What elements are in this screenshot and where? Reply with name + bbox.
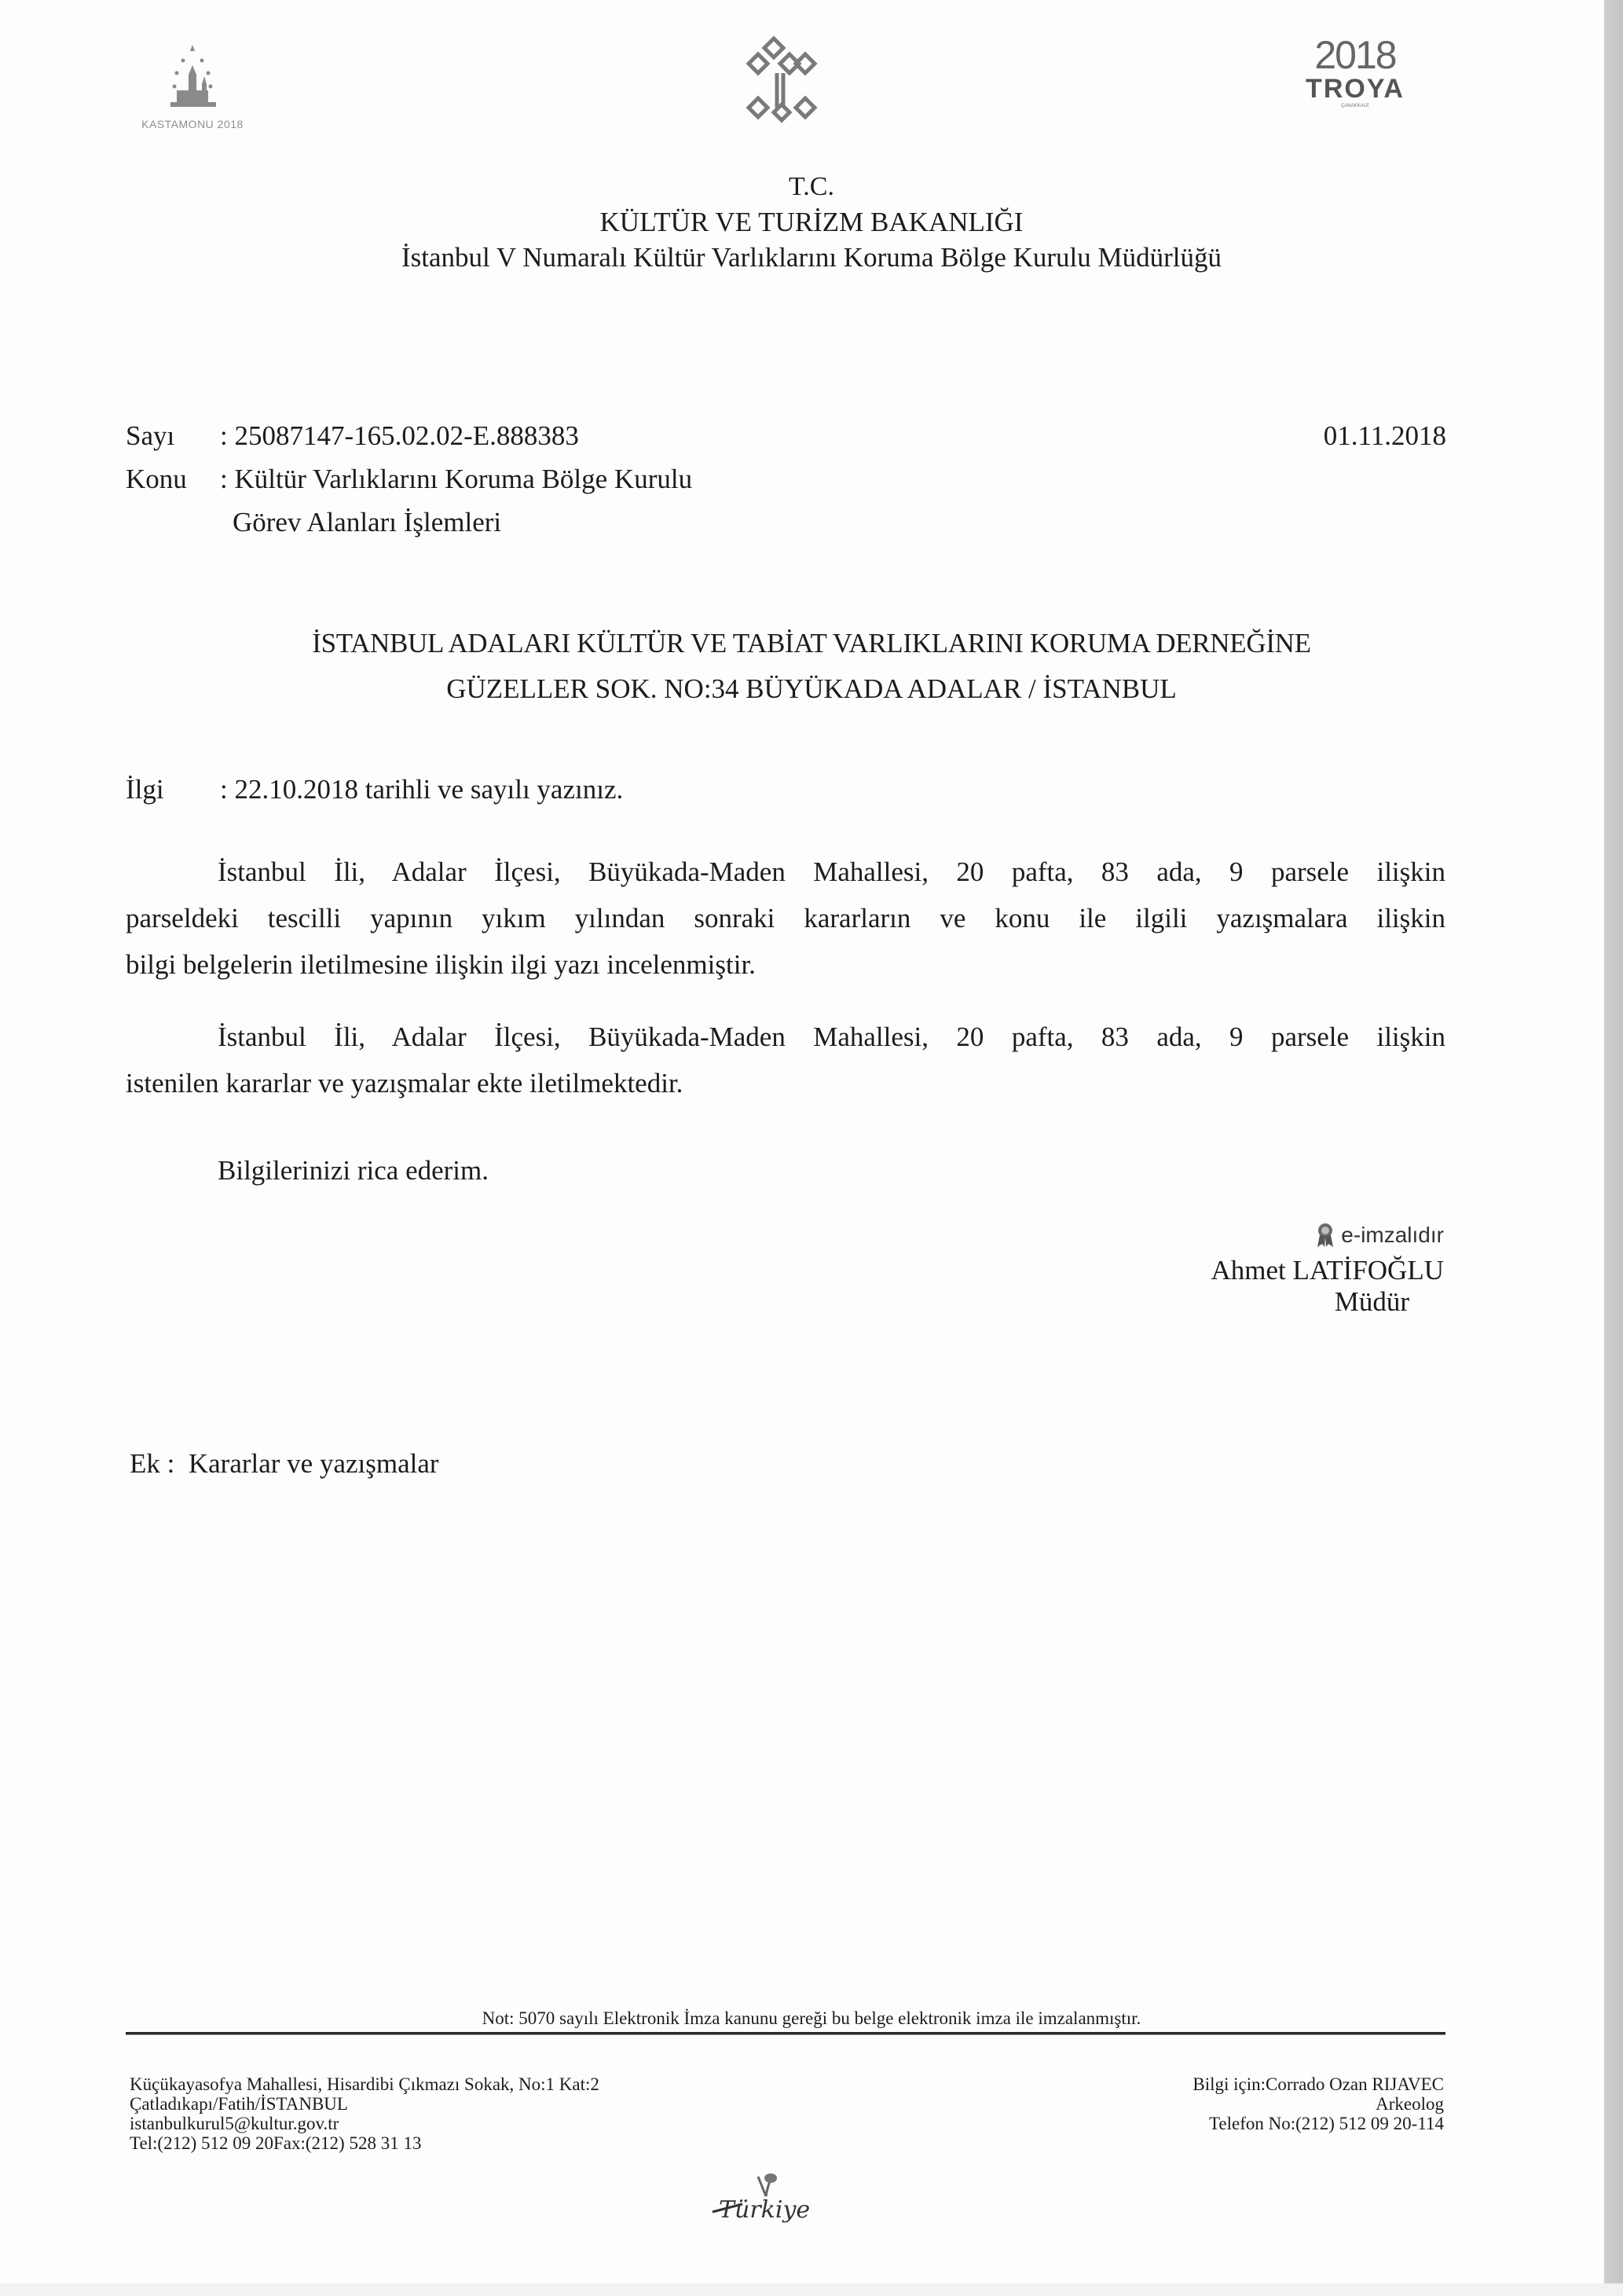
rosette-icon (1316, 1223, 1335, 1248)
footer-divider (126, 2032, 1445, 2035)
attachment-value: Kararlar ve yazışmalar (189, 1448, 439, 1479)
footer-email: istanbulkurul5@kultur.gov.tr (130, 2114, 599, 2133)
sayi-row: Sayı: 25087147-165.02.02-E.888383 (126, 420, 579, 452)
troya-subtitle: ÇANAKKALE (1304, 104, 1406, 108)
sayi-value: : 25087147-165.02.02-E.888383 (220, 420, 579, 451)
e-signature-label: e-imzalıdır (1341, 1220, 1444, 1251)
recipient-block: İSTANBUL ADALARI KÜLTÜR VE TABİAT VARLIK… (0, 621, 1623, 712)
paragraph-2-line-2: istenilen kararlar ve yazışmalar ekte il… (126, 1060, 1445, 1106)
letterhead-directorate: İstanbul V Numaralı Kültür Varlıklarını … (0, 240, 1623, 275)
address-line-1: Küçükayasofya Mahallesi, Hisardibi Çıkma… (130, 2074, 599, 2094)
ilgi-value: : 22.10.2018 tarihli ve sayılı yazınız. (220, 774, 623, 805)
turkiye-wordmark: Türkiye (719, 2196, 810, 2224)
konu-label: Konu (126, 464, 220, 495)
footer-address: Küçükayasofya Mahallesi, Hisardibi Çıkma… (130, 2074, 599, 2153)
recipient-address: GÜZELLER SOK. NO:34 BÜYÜKADA ADALAR / İS… (0, 666, 1623, 712)
konu-value: : Kültür Varlıklarını Koruma Bölge Kurul… (220, 464, 692, 494)
kastamonu-logo-label: KASTAMONU 2018 (118, 118, 267, 130)
turkiye-logo: Türkiye (703, 2169, 821, 2251)
letter-date: 01.11.2018 (1324, 420, 1446, 452)
paragraph-1-line-2: parseldeki tescilli yapının yıkım yılınd… (126, 895, 1445, 941)
kastamonu-logo: KASTAMONU 2018 (118, 43, 267, 130)
ilgi-row: İlgi: 22.10.2018 tarihli ve sayılı yazın… (126, 774, 623, 805)
letterhead-ministry: KÜLTÜR VE TURİZM BAKANLIĞI (0, 204, 1623, 240)
signatory-name: Ahmet LATİFOĞLU (1211, 1255, 1445, 1286)
ilgi-label: İlgi (126, 774, 220, 805)
footer-phone-fax: Tel:(212) 512 09 20Fax:(212) 528 31 13 (130, 2133, 599, 2153)
attachment-row: Ek : Kararlar ve yazışmalar (130, 1448, 439, 1480)
attachment-label: Ek : (130, 1448, 174, 1479)
footer-contact: Bilgi için:Corrado Ozan RIJAVEC Arkeolog… (1193, 2074, 1444, 2133)
scan-edge-shadow (1604, 0, 1623, 2296)
troya-2018-logo: 2018 TROYA ÇANAKKALE (1304, 35, 1406, 108)
contact-phone: Telefon No:(212) 512 09 20-114 (1193, 2114, 1444, 2133)
paragraph-1-line-1: İstanbul İli, Adalar İlçesi, Büyükada-Ma… (126, 849, 1445, 895)
e-signature-note: Not: 5070 sayılı Elektronik İmza kanunu … (0, 2008, 1623, 2029)
e-signature-badge: e-imzalıdır (1316, 1220, 1444, 1251)
letterhead: T.C. KÜLTÜR VE TURİZM BAKANLIĞI İstanbul… (0, 169, 1623, 275)
letterhead-tc: T.C. (0, 169, 1623, 204)
signatory-title: Müdür (1211, 1286, 1445, 1318)
ministry-knot-icon (742, 35, 821, 130)
closing-line: Bilgilerinizi rica ederim. (218, 1155, 489, 1187)
turkiye-tulip-icon: Türkiye (703, 2169, 821, 2247)
ministry-emblem (742, 35, 821, 134)
troya-year: 2018 (1304, 35, 1406, 75)
troya-name: TROYA (1304, 75, 1406, 104)
paragraph-1-line-3: bilgi belgelerin iletilmesine ilişkin il… (126, 941, 1445, 988)
body-paragraph-2: İstanbul İli, Adalar İlçesi, Büyükada-Ma… (126, 1014, 1445, 1106)
recipient-name: İSTANBUL ADALARI KÜLTÜR VE TABİAT VARLIK… (0, 621, 1623, 666)
paragraph-2-line-1: İstanbul İli, Adalar İlçesi, Büyükada-Ma… (126, 1014, 1445, 1060)
body-paragraph-1: İstanbul İli, Adalar İlçesi, Büyükada-Ma… (126, 849, 1445, 988)
kastamonu-castle-icon (145, 43, 240, 118)
address-line-2: Çatladıkapı/Fatih/İSTANBUL (130, 2094, 599, 2114)
signature-block: e-imzalıdır Ahmet LATİFOĞLU Müdür (1211, 1220, 1445, 1318)
scan-bottom-edge (0, 2283, 1623, 2296)
contact-person: Bilgi için:Corrado Ozan RIJAVEC (1193, 2074, 1444, 2094)
konu-value-line2: Görev Alanları İşlemleri (233, 507, 501, 538)
sayi-label: Sayı (126, 420, 220, 452)
contact-role: Arkeolog (1193, 2094, 1444, 2114)
konu-row: Konu: Kültür Varlıklarını Koruma Bölge K… (126, 464, 692, 495)
